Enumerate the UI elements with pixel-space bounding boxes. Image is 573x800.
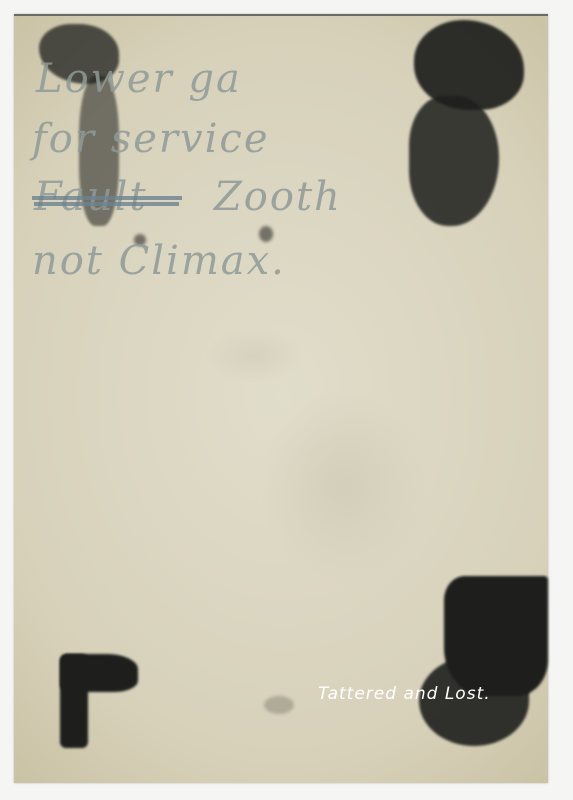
photo-card-back: Lower ga for service Fault Zooth not Cli… bbox=[14, 14, 548, 783]
adhesive-stain-top-right bbox=[414, 20, 524, 110]
speck bbox=[264, 696, 294, 714]
handwriting-line-1: Lower ga bbox=[36, 56, 242, 102]
handwriting-line-4: not Climax. bbox=[32, 238, 286, 284]
strikethrough bbox=[32, 196, 182, 200]
handwriting-line-2: for service bbox=[32, 116, 270, 162]
adhesive-stain-bottom-left-arm bbox=[60, 654, 138, 692]
watermark: Tattered and Lost. bbox=[318, 684, 491, 704]
strikethrough bbox=[34, 202, 179, 206]
handwriting-line-3: Zooth bbox=[214, 174, 342, 220]
adhesive-stain-top-right-lower bbox=[409, 96, 499, 226]
